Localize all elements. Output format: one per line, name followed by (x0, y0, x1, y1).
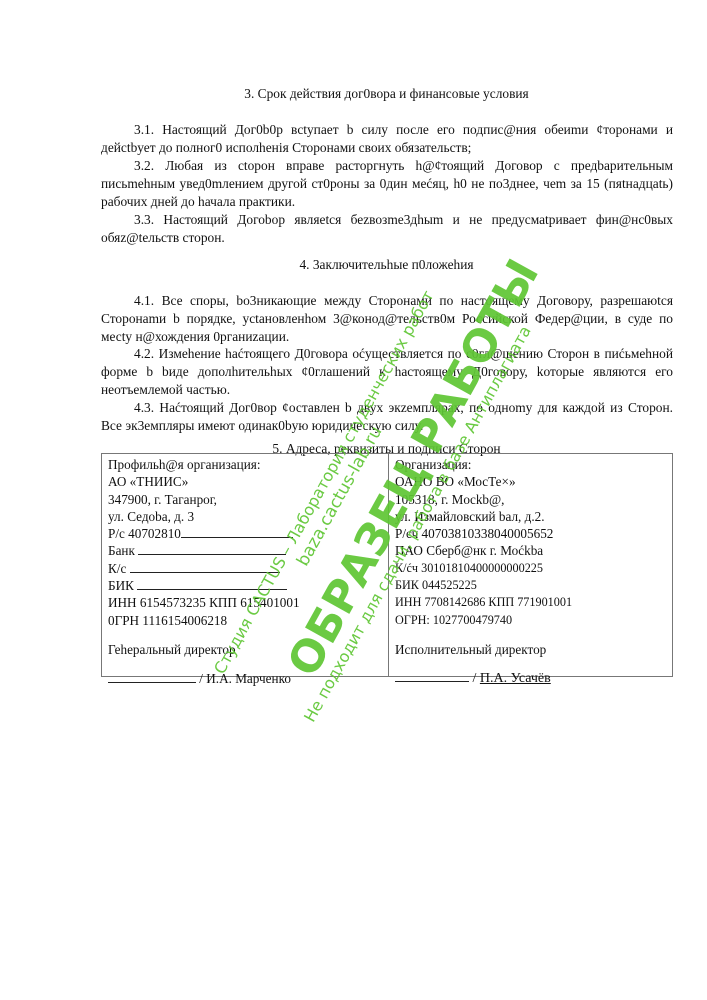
paragraph-3-3: 3.3. Настоящий Догоbор являеtся беzвозmе… (101, 211, 673, 247)
paragraph-3-2: 3.2. Любая из ctорон вправе расторгнуть … (101, 157, 673, 211)
right-label: Организация: (395, 456, 667, 473)
left-bik-label: БИК (108, 578, 134, 593)
paragraph-4-2: 4.2. Измеhение hаćтоящего Д0говора оćуще… (101, 345, 673, 399)
right-signature-row: / П.А. Усачёв (395, 670, 667, 687)
right-signature-prefix: / (473, 671, 480, 686)
left-signature: / И.А. Марченко (199, 671, 291, 686)
right-org-name: ОАНО ВО «МосТе×» (395, 473, 667, 490)
right-corr: К/ćч 30101810400000000225 (395, 560, 667, 577)
section-4-heading: 4. 3аключительhые п0ложеhия (100, 256, 673, 274)
spacer (395, 658, 667, 670)
section-3-heading: 3. Срок действия дог0вора и финансовые у… (100, 85, 673, 103)
right-address-1: 105318, г. Mockb@, (395, 491, 667, 508)
left-org-name: АО «ТНИИС» (108, 473, 383, 490)
left-inn-kpp: ИНН 6154573235 КПП 615401001 (108, 594, 383, 611)
party-left-column: Профильh@я организация: АО «ТНИИС» 34790… (102, 454, 389, 676)
spacer (108, 658, 383, 670)
blank-line (138, 543, 286, 555)
signature-line (395, 670, 469, 682)
spacer (108, 629, 383, 641)
right-signature-name: П.А. Усачёв (480, 671, 551, 686)
right-inn-kpp: ИНН 7708142686 КПП 771901001 (395, 594, 667, 611)
paragraph-4-1: 4.1. Все споры, bо3никающие между Сторон… (101, 292, 673, 346)
left-bank-label: Банк (108, 543, 135, 558)
left-account-label: Р/с 40702810 (108, 526, 181, 541)
right-address-2: ул. Измайловский bал, д.2. (395, 508, 667, 525)
left-corr-row: К/с (108, 560, 383, 577)
party-right-column: Организация: ОАНО ВО «МосТе×» 105318, г.… (389, 454, 672, 676)
spacer (395, 629, 667, 641)
requisites-table: Профильh@я организация: АО «ТНИИС» 34790… (101, 453, 673, 677)
left-account-row: Р/с 40702810 (108, 525, 383, 542)
blank-line (130, 561, 280, 573)
left-ogrn: 0ГРН 1116154006218 (108, 612, 383, 629)
paragraph-4-3: 4.3. Наćтоящий Дог0вор ¢оставлен b двух … (101, 399, 673, 435)
left-bank-row: Банк (108, 542, 383, 559)
signature-line (108, 671, 196, 683)
blank-line (181, 526, 293, 538)
left-corr-label: К/с (108, 561, 126, 576)
right-ogrn: ОГРН: 1027700479740 (395, 612, 667, 629)
left-address-1: 347900, г. Таганрог, (108, 491, 383, 508)
right-bank: ПАО Сберб@нк г. Моćkbа (395, 542, 667, 559)
blank-line (137, 578, 287, 590)
paragraph-3-1: 3.1. Настоящий Дог0b0р вctупает b силу п… (101, 121, 673, 157)
right-bik: БИК 044525225 (395, 577, 667, 594)
right-position: Исполнительный директор (395, 641, 667, 658)
left-label: Профильh@я организация: (108, 456, 383, 473)
left-bik-row: БИК (108, 577, 383, 594)
left-address-2: ул. Седоbа, д. 3 (108, 508, 383, 525)
right-account: Р/сч 40703810338040005652 (395, 525, 667, 542)
left-signature-row: / И.А. Марченко (108, 670, 383, 687)
left-position: Геhеральный директор (108, 641, 383, 658)
document-page: 3. Срок действия дог0вора и финансовые у… (0, 0, 707, 1000)
